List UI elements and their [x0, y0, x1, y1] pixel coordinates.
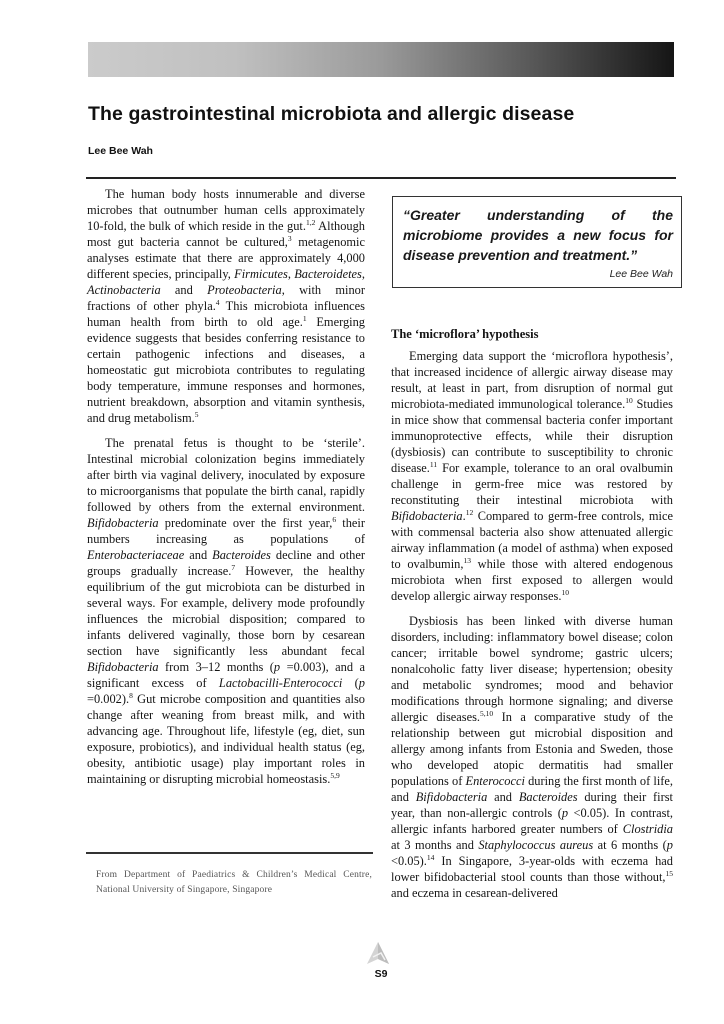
body-paragraph: The human body hosts innumerable and div…	[87, 186, 365, 426]
section-heading: The ‘microflora’ hypothesis	[391, 326, 673, 342]
pull-quote-text: “Greater understanding of the microbiome…	[403, 205, 673, 265]
page-number: S9	[368, 968, 394, 980]
journal-triangle-logo-icon	[365, 940, 391, 966]
header-divider	[86, 177, 676, 179]
pull-quote-attribution: Lee Bee Wah	[403, 268, 673, 280]
body-paragraph: The prenatal fetus is thought to be ‘ste…	[87, 435, 365, 787]
left-column: The human body hosts innumerable and div…	[87, 186, 365, 796]
right-column: The ‘microflora’ hypothesis Emerging dat…	[391, 326, 673, 910]
article-author: Lee Bee Wah	[88, 145, 153, 157]
footnote-divider	[86, 852, 373, 854]
article-title: The gastrointestinal microbiota and alle…	[88, 103, 688, 126]
header-gradient-banner	[88, 42, 674, 77]
body-paragraph: Dysbiosis has been linked with diverse h…	[391, 613, 673, 901]
pull-quote-box: “Greater understanding of the microbiome…	[392, 196, 682, 288]
body-paragraph: Emerging data support the ‘microflora hy…	[391, 348, 673, 604]
author-affiliation: From Department of Paediatrics & Childre…	[96, 868, 372, 898]
